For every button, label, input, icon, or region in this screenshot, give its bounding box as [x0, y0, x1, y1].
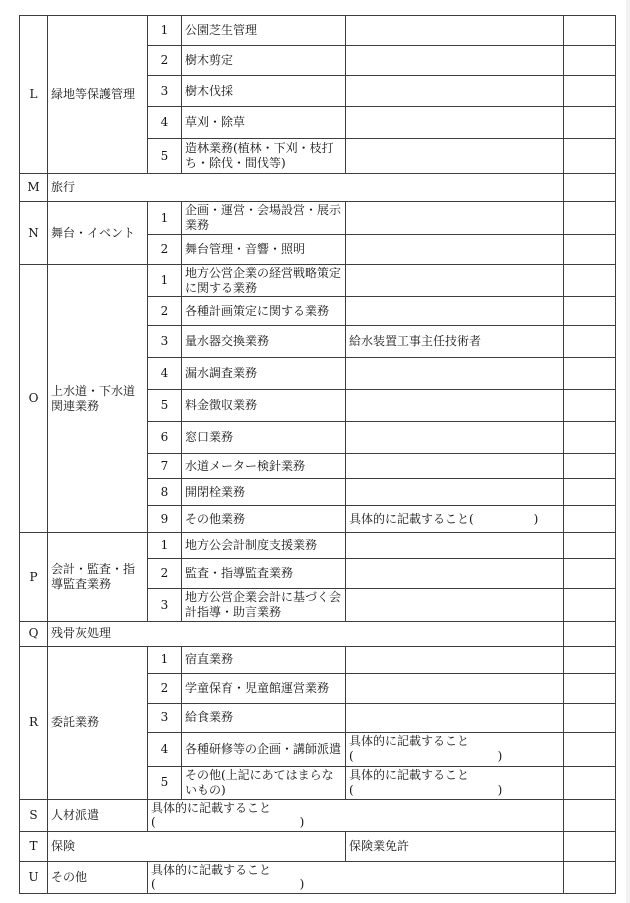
blank-cell: [564, 646, 616, 673]
letter-cell: R: [20, 646, 48, 799]
note-cell: 保険業免許: [346, 831, 564, 861]
item-cell: 地方公営企業会計に基づく会計指導・助言業務: [182, 589, 346, 621]
number-cell: 4: [148, 732, 182, 766]
note-cell: 具体的に記載すること( ): [346, 506, 564, 533]
item-cell: 給食業務: [182, 703, 346, 732]
item-cell: 造林業務(植林・下刈・枝打ち・除伐・間伐等): [182, 139, 346, 174]
page-edge-shade: [626, 0, 630, 903]
letter-cell: M: [20, 174, 48, 202]
blank-cell: [564, 621, 616, 646]
number-cell: 1: [148, 265, 182, 297]
table-row: O 上水道・下水道関連業務 1 地方公営企業の経営戦略策定に関する業務: [20, 265, 616, 297]
note-cell: [346, 390, 564, 422]
blank-cell: [564, 46, 616, 76]
blank-cell: [564, 703, 616, 732]
table-row: M 旅行: [20, 174, 616, 202]
item-cell: 公園芝生管理: [182, 16, 346, 46]
blank-cell: [564, 326, 616, 358]
blank-cell: [564, 589, 616, 621]
table-row: U その他 具体的に記載すること ( ): [20, 861, 616, 893]
blank-cell: [564, 358, 616, 390]
note-cell: [346, 76, 564, 107]
note-cell: [346, 265, 564, 297]
table-row: R 委託業務 1 宿直業務: [20, 646, 616, 673]
item-cell: 量水器交換業務: [182, 326, 346, 358]
number-cell: 4: [148, 107, 182, 139]
blank-cell: [564, 831, 616, 861]
category-cell: 委託業務: [48, 646, 148, 799]
note-cell: 具体的に記載すること ( ): [346, 732, 564, 766]
item-cell: 地方公会計制度支援業務: [182, 533, 346, 559]
item-cell: その他業務: [182, 506, 346, 533]
category-cell: その他: [48, 861, 148, 893]
item-cell: 各種計画策定に関する業務: [182, 297, 346, 326]
item-cell: 漏水調査業務: [182, 358, 346, 390]
blank-cell: [564, 673, 616, 703]
category-cell: 上水道・下水道関連業務: [48, 265, 148, 533]
item-cell: その他(上記にあてはまらないもの): [182, 766, 346, 799]
item-cell: 窓口業務: [182, 422, 346, 454]
letter-cell: N: [20, 202, 48, 265]
note-cell: [346, 646, 564, 673]
blank-cell: [564, 107, 616, 139]
blank-cell: [564, 479, 616, 506]
number-cell: 1: [148, 646, 182, 673]
note-cell: [346, 358, 564, 390]
number-cell: 2: [148, 297, 182, 326]
number-cell: 3: [148, 589, 182, 621]
blank-cell: [564, 297, 616, 326]
number-cell: 7: [148, 454, 182, 479]
blank-cell: [564, 533, 616, 559]
blank-cell: [564, 799, 616, 831]
note-cell: [346, 589, 564, 621]
blank-cell: [564, 732, 616, 766]
note-cell: 給水装置工事主任技術者: [346, 326, 564, 358]
item-cell: 草刈・除草: [182, 107, 346, 139]
blank-cell: [564, 202, 616, 235]
item-cell: 宿直業務: [182, 646, 346, 673]
detail-cell: 具体的に記載すること ( ): [148, 861, 564, 893]
item-cell: 舞台管理・音響・照明: [182, 235, 346, 265]
note-cell: [346, 139, 564, 174]
blank-cell: [564, 559, 616, 589]
blank-cell: [564, 235, 616, 265]
category-cell: 旅行: [48, 174, 564, 202]
note-cell: [346, 202, 564, 235]
blank-cell: [564, 390, 616, 422]
number-cell: 5: [148, 139, 182, 174]
number-cell: 4: [148, 358, 182, 390]
table-row: P 会計・監査・指導監査業務 1 地方公会計制度支援業務: [20, 533, 616, 559]
blank-cell: [564, 139, 616, 174]
table-row: N 舞台・イベント 1 企画・運営・会場設営・展示業務: [20, 202, 616, 235]
letter-cell: T: [20, 831, 48, 861]
blank-cell: [564, 766, 616, 799]
number-cell: 9: [148, 506, 182, 533]
number-cell: 1: [148, 533, 182, 559]
category-cell: 舞台・イベント: [48, 202, 148, 265]
letter-cell: L: [20, 16, 48, 174]
note-cell: 具体的に記載すること ( ): [346, 766, 564, 799]
blank-cell: [564, 861, 616, 893]
number-cell: 3: [148, 326, 182, 358]
table-row: L 緑地等保護管理 1 公園芝生管理: [20, 16, 616, 46]
table-row: S 人材派遣 具体的に記載すること ( ): [20, 799, 616, 831]
number-cell: 1: [148, 202, 182, 235]
number-cell: 5: [148, 390, 182, 422]
detail-cell: 具体的に記載すること ( ): [148, 799, 564, 831]
note-cell: [346, 16, 564, 46]
item-cell: 各種研修等の企画・講師派遣: [182, 732, 346, 766]
number-cell: 6: [148, 422, 182, 454]
blank-cell: [564, 265, 616, 297]
item-cell: 料金徴収業務: [182, 390, 346, 422]
item-cell: 地方公営企業の経営戦略策定に関する業務: [182, 265, 346, 297]
note-cell: [346, 479, 564, 506]
number-cell: 3: [148, 76, 182, 107]
item-cell: 監査・指導監査業務: [182, 559, 346, 589]
category-cell: 人材派遣: [48, 799, 148, 831]
number-cell: 1: [148, 16, 182, 46]
note-cell: [346, 107, 564, 139]
note-cell: [346, 235, 564, 265]
blank-cell: [564, 16, 616, 46]
business-category-table: L 緑地等保護管理 1 公園芝生管理 2 樹木剪定 3 樹木伐採 4 草刈・除草…: [19, 15, 616, 894]
letter-cell: P: [20, 533, 48, 621]
letter-cell: Q: [20, 621, 48, 646]
blank-cell: [564, 506, 616, 533]
number-cell: 3: [148, 703, 182, 732]
number-cell: 8: [148, 479, 182, 506]
number-cell: 5: [148, 766, 182, 799]
note-cell: [346, 297, 564, 326]
category-cell: 会計・監査・指導監査業務: [48, 533, 148, 621]
number-cell: 2: [148, 46, 182, 76]
category-cell: 緑地等保護管理: [48, 16, 148, 174]
category-cell: 残骨灰処理: [48, 621, 564, 646]
number-cell: 2: [148, 673, 182, 703]
item-cell: 開閉栓業務: [182, 479, 346, 506]
note-cell: [346, 533, 564, 559]
item-cell: 樹木伐採: [182, 76, 346, 107]
letter-cell: O: [20, 265, 48, 533]
note-cell: [346, 454, 564, 479]
note-cell: [346, 422, 564, 454]
table-row: Q 残骨灰処理: [20, 621, 616, 646]
note-cell: [346, 673, 564, 703]
letter-cell: S: [20, 799, 48, 831]
note-cell: [346, 46, 564, 76]
item-cell: 水道メーター検針業務: [182, 454, 346, 479]
item-cell: 樹木剪定: [182, 46, 346, 76]
item-cell: 企画・運営・会場設営・展示業務: [182, 202, 346, 235]
item-cell: 学童保育・児童館運営業務: [182, 673, 346, 703]
category-cell: 保険: [48, 831, 346, 861]
table-row: T 保険 保険業免許: [20, 831, 616, 861]
note-cell: [346, 559, 564, 589]
blank-cell: [564, 454, 616, 479]
blank-cell: [564, 422, 616, 454]
note-cell: [346, 703, 564, 732]
blank-cell: [564, 174, 616, 202]
letter-cell: U: [20, 861, 48, 893]
number-cell: 2: [148, 559, 182, 589]
number-cell: 2: [148, 235, 182, 265]
blank-cell: [564, 76, 616, 107]
